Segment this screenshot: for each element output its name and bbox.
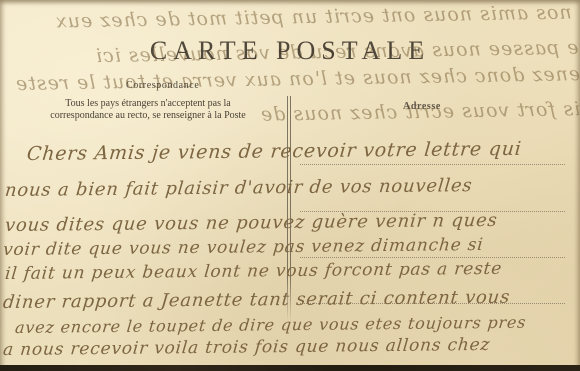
handwriting-line: Chers Amis je viens de recevoir votre le…: [26, 138, 523, 165]
handwriting-line: avez encore le toupet de dire que vous e…: [14, 313, 527, 337]
card-bottom-edge-shadow: [0, 365, 580, 371]
notice-line-2: correspondance au recto, se renseigner à…: [28, 110, 268, 122]
correspondance-label: Correspondance: [126, 80, 199, 91]
carte-postale-title: CARTE POSTALE: [0, 36, 580, 66]
handwriting-line: vous dites que vous ne pouvez guère veni…: [4, 210, 499, 236]
postcard-back: nos amis nous ont ecrit un petit mot de …: [0, 0, 580, 371]
address-dotted-line: [300, 257, 565, 258]
handwriting-line: a nous recevoir voila trois fois que nou…: [2, 335, 491, 360]
address-dotted-line: [300, 164, 565, 165]
handwriting-line: nous a bien fait plaisir d'avoir de vos …: [4, 175, 473, 201]
notice-line-1: Tous les pays étrangers n'acceptent pas …: [28, 98, 268, 110]
ink-transfer-line: venez donc chez nous et l'on aux verra e…: [15, 63, 580, 95]
ink-transfer-line: nos amis nous ont ecrit un petit mot de …: [55, 1, 572, 32]
adresse-label: Adresse: [403, 101, 441, 112]
foreign-countries-notice: Tous les pays étrangers n'acceptent pas …: [28, 98, 268, 122]
handwriting-line: diner rapport a Jeanette tant serait ci …: [2, 287, 511, 313]
handwriting-line: il fait un peux beaux lont ne vous forco…: [4, 259, 503, 284]
